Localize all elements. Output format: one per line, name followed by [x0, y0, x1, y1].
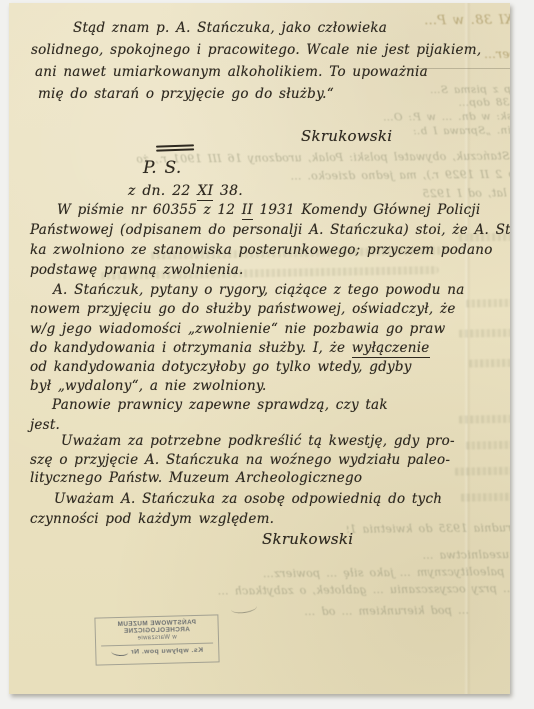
bleedthrough-fragment: … muzealnictwa …: [39, 548, 510, 565]
handwriting-line: od kandydowania dotyczyłoby go tylko wte…: [30, 358, 465, 377]
museum-stamp: PAŃSTWOWE MUZEUM ARCHEOLOGICZNE w Warsza…: [94, 614, 219, 665]
ps-heading: P. S.: [143, 158, 182, 178]
handwriting-line: Uważam A. Stańczuka za osobę odpowiednią…: [54, 490, 442, 510]
bleedthrough-fragment: … 5 lat, od I 1925: [357, 186, 510, 201]
bleedthrough-fragment: wniosk: w dn. … w P.: O…: [359, 110, 510, 124]
ps-date-text: 38.: [213, 183, 243, 199]
handwriting-line: szę o przyjęcie A. Stańczuka na woźnego …: [30, 451, 455, 470]
handwriting-line: mię do starań o przyjęcie go do służby.“: [38, 83, 481, 105]
ps-paragraph-4: Uważam za potrzebne podkreślić tą kwestj…: [30, 432, 455, 488]
bleedthrough-fragment: (ślub 2 II 1929 r.), ma jedno dziecko. …: [204, 168, 510, 184]
bleedthrough-squiggle: [464, 298, 510, 307]
bleedthrough-squiggle: [464, 440, 510, 449]
handwriting-line: Stąd znam p. A. Stańczuka, jako człowiek…: [73, 17, 481, 39]
scanned-document: 22 XI 38. w P… do per… wstęp z pisma S… …: [0, 0, 534, 709]
ps-paragraph-1: W piśmie nr 60355 z 12 II 1931 Komendy G…: [30, 200, 510, 280]
handwriting-text: do kandydowania i otrzymania służby. I, …: [30, 340, 352, 356]
handwriting-line: litycznego Państw. Muzeum Archeologiczne…: [30, 469, 455, 488]
handwriting-line: nowem przyjęciu go do służby państwowej,…: [30, 300, 465, 319]
ps-paragraph-3: Panowie prawnicy zapewne sprawdzą, czy t…: [30, 395, 388, 435]
bleedthrough-squiggle: [457, 328, 510, 337]
ps-date: z dn. 22 XI 38.: [128, 183, 243, 199]
paper-crease: [464, 3, 471, 694]
underlined-word: II: [242, 202, 253, 220]
handwriting-text: W piśmie nr 60355 z 12: [57, 202, 242, 218]
handwriting-line: był „wydalony“, a nie zwolniony.: [30, 377, 465, 396]
bleedthrough-squiggle: [459, 492, 510, 501]
handwriting-line: do kandydowania i otrzymania służby. I, …: [30, 339, 465, 358]
handwriting-line: A. Stańczuk, pytany o rygory, ciążące z …: [53, 281, 465, 300]
handwriting-text: 1931 Komendy Głównej Policji: [253, 202, 480, 218]
paper-sheet: 22 XI 38. w P… do per… wstęp z pisma S… …: [9, 3, 510, 694]
handwriting-line: Uważam za potrzebne podkreślić tą kwestj…: [61, 432, 455, 451]
bleedthrough-squiggle: [453, 466, 510, 475]
handwriting-line: podstawę prawną zwolnienia.: [30, 260, 510, 280]
ps-date-month: XI: [197, 183, 213, 201]
stamp-register-line: Ks. wpływu pow. Nr: [96, 645, 218, 656]
pencil-mark: [230, 601, 257, 615]
bleedthrough-squiggle: [457, 414, 510, 423]
bleedthrough-fragment: , A. Stańczuk, obywatel polski: Polak, u…: [137, 149, 510, 165]
handwriting-line: Panowie prawnicy zapewne sprawdzą, czy t…: [52, 395, 388, 415]
stamp-handwritten-number: [111, 647, 128, 656]
handwriting-line: Państwowej (odpisanem do personalji A. S…: [30, 220, 510, 240]
bleedthrough-fragment: … w paleolitycznym … jako siłę … powierz…: [49, 565, 510, 582]
ps-paragraph-2: A. Stańczuk, pytany o rygory, ciążące z …: [30, 281, 465, 397]
bleedthrough-fragment: … przy oczyszczaniu … gablotek, o zabytk…: [64, 582, 510, 599]
signature: Skrukowski: [262, 530, 353, 548]
stamp-register-label: Ks. wpływu pow. Nr: [130, 647, 203, 656]
handwriting-line: solidnego, spokojnego i pracowitego. Wca…: [31, 39, 481, 61]
underlined-word: wyłączenie: [352, 340, 430, 358]
handwriting-line: W piśmie nr 60355 z 12 II 1931 Komendy G…: [57, 200, 510, 220]
ps-paragraph-5: Uważam A. Stańczuka za osobę odpowiednią…: [30, 490, 442, 529]
ps-date-text: z dn. 22: [128, 183, 197, 199]
handwriting-line: ka zwolniono ze stanowiska posterunkoweg…: [30, 240, 510, 260]
closing-paragraph: Stąd znam p. A. Stańczuka, jako człowiek…: [31, 17, 481, 105]
ps-double-rule: [156, 144, 194, 147]
handwriting-line: w/g jego wiadomości „zwolnienie“ nie poz…: [30, 320, 465, 339]
bleedthrough-squiggle: [467, 358, 510, 367]
signature: Skrukowski: [301, 127, 392, 145]
handwriting-line: czynności pod każdym względem.: [30, 510, 442, 530]
handwriting-line: ani nawet umiarkowanym alkoholikiem. To …: [35, 61, 481, 83]
